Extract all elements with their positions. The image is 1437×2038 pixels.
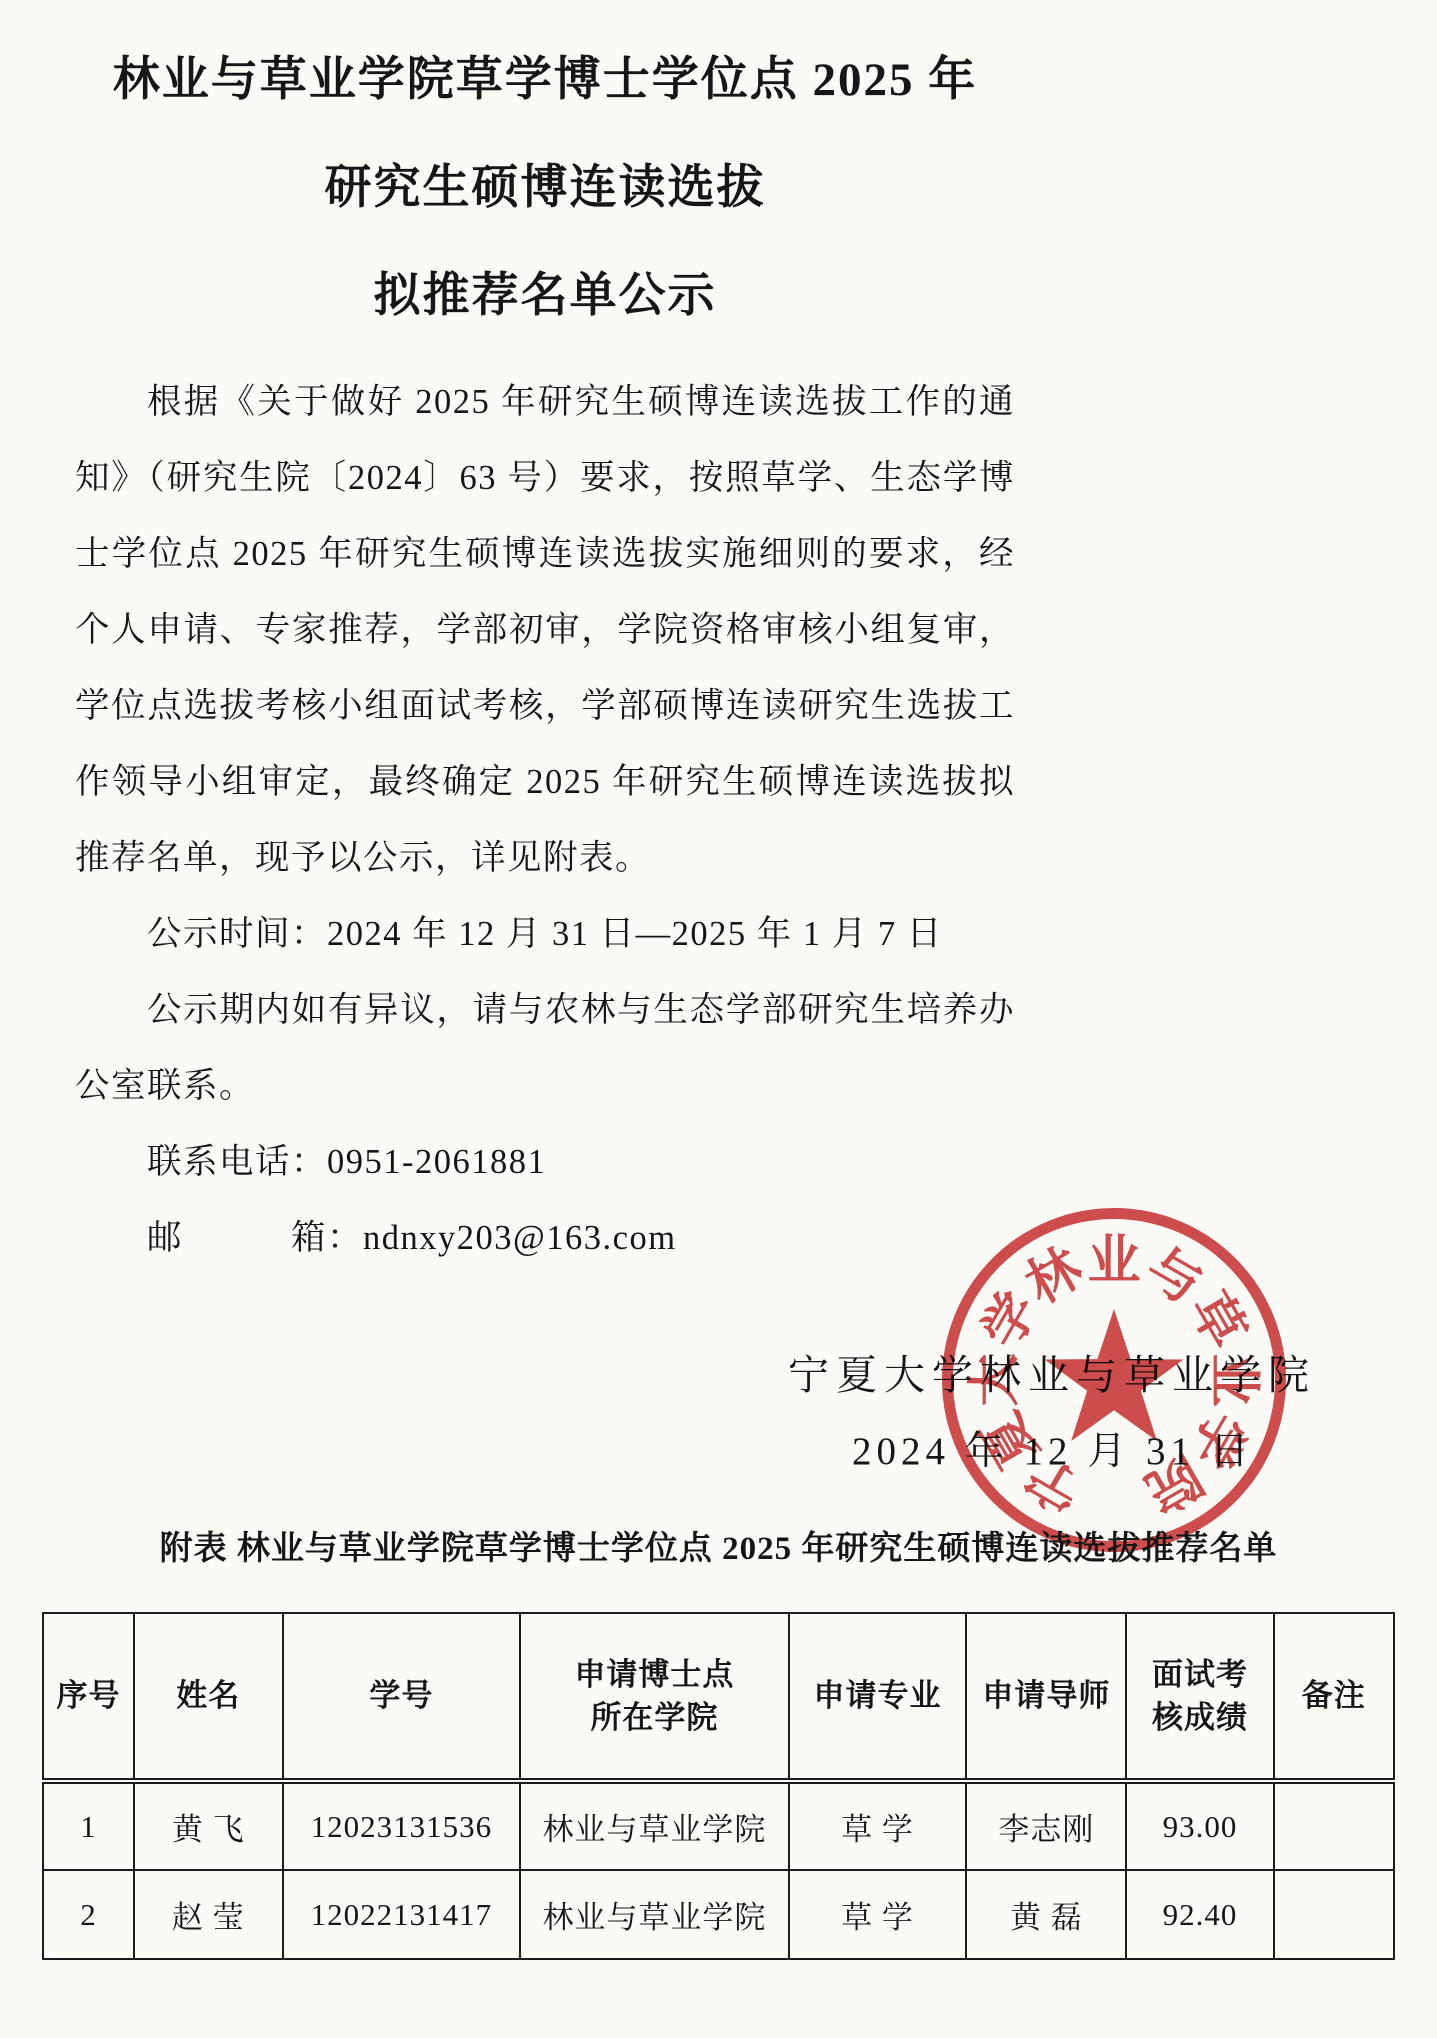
cell-college: 林业与草业学院 <box>520 1870 788 1959</box>
seal-ring-char: 与 <box>1134 1230 1219 1315</box>
document-body: 根据《关于做好 2025 年研究生硕博连读选拔工作的通知》（研究生院〔2024〕… <box>75 364 1015 1276</box>
column-header-major: 申请专业 <box>789 1613 967 1781</box>
column-header-student-id: 学号 <box>283 1613 521 1781</box>
seal-ring-char: 林 <box>1010 1230 1095 1315</box>
cell-index: 2 <box>43 1870 134 1959</box>
cell-major: 草 学 <box>789 1870 967 1959</box>
title-line-1: 林业与草业学院草学博士学位点 2025 年 <box>75 26 1015 134</box>
cell-college: 林业与草业学院 <box>520 1781 788 1870</box>
column-header-index: 序号 <box>43 1613 134 1781</box>
recommendation-table: 序号 姓名 学号 申请博士点 所在学院 申请专业 申请导师 面试考 核成绩 备注… <box>42 1612 1395 1960</box>
signature-date: 2024 年 12 月 31 日 <box>852 1420 1254 1476</box>
column-header-remarks: 备注 <box>1274 1613 1394 1781</box>
cell-name: 赵 莹 <box>134 1870 282 1959</box>
cell-student-id: 12022131417 <box>283 1870 521 1959</box>
column-header-name: 姓名 <box>134 1613 282 1781</box>
table-row: 2 赵 莹 12022131417 林业与草业学院 草 学 黄 磊 92.40 <box>43 1870 1394 1959</box>
signature-organization: 宁夏大学林业与草业学院 <box>788 1342 1316 1401</box>
document-page: 林业与草业学院草学博士学位点 2025 年 研究生硕博连读选拔 拟推荐名单公示 … <box>0 0 1437 2038</box>
cell-score: 93.00 <box>1126 1781 1273 1870</box>
title-line-3: 拟推荐名单公示 <box>75 242 1015 350</box>
notice-period-line: 公示时间：2024 年 12 月 31 日—2025 年 1 月 7 日 <box>75 896 1015 972</box>
cell-index: 1 <box>43 1781 134 1870</box>
cell-remarks <box>1274 1870 1394 1959</box>
email-label: 邮 箱： <box>147 1219 363 1257</box>
cell-advisor: 黄 磊 <box>966 1870 1126 1959</box>
seal-ring-char: 业 <box>1083 1225 1145 1287</box>
phone-line: 联系电话：0951-2061881 <box>75 1124 1015 1200</box>
cell-advisor: 李志刚 <box>966 1781 1126 1870</box>
cell-name: 黄 飞 <box>134 1781 282 1870</box>
email-line: 邮 箱：ndnxy203@163.com <box>75 1200 1015 1276</box>
column-header-score: 面试考 核成绩 <box>1126 1613 1273 1781</box>
table-header-row: 序号 姓名 学号 申请博士点 所在学院 申请专业 申请导师 面试考 核成绩 备注 <box>43 1613 1394 1781</box>
document-title: 林业与草业学院草学博士学位点 2025 年 研究生硕博连读选拔 拟推荐名单公示 <box>75 26 1015 350</box>
cell-score: 92.40 <box>1126 1870 1273 1959</box>
column-header-college: 申请博士点 所在学院 <box>520 1613 788 1781</box>
objection-line: 公示期内如有异议，请与农林与生态学部研究生培养办公室联系。 <box>75 972 1015 1124</box>
cell-student-id: 12023131536 <box>283 1781 521 1870</box>
phone-label: 联系电话： <box>147 1143 327 1181</box>
table-row: 1 黄 飞 12023131536 林业与草业学院 草 学 李志刚 93.00 <box>43 1781 1394 1870</box>
attachment-caption: 附表 林业与草业学院草学博士学位点 2025 年研究生硕博连读选拔推荐名单 <box>42 1522 1395 1569</box>
title-line-2: 研究生硕博连读选拔 <box>75 134 1015 242</box>
cell-remarks <box>1274 1781 1394 1870</box>
phone-number: 0951-2061881 <box>327 1143 546 1181</box>
column-header-advisor: 申请导师 <box>966 1613 1126 1781</box>
cell-major: 草 学 <box>789 1781 967 1870</box>
email-address: ndnxy203@163.com <box>363 1219 677 1257</box>
paragraph-basis: 根据《关于做好 2025 年研究生硕博连读选拔工作的通知》（研究生院〔2024〕… <box>75 364 1015 896</box>
